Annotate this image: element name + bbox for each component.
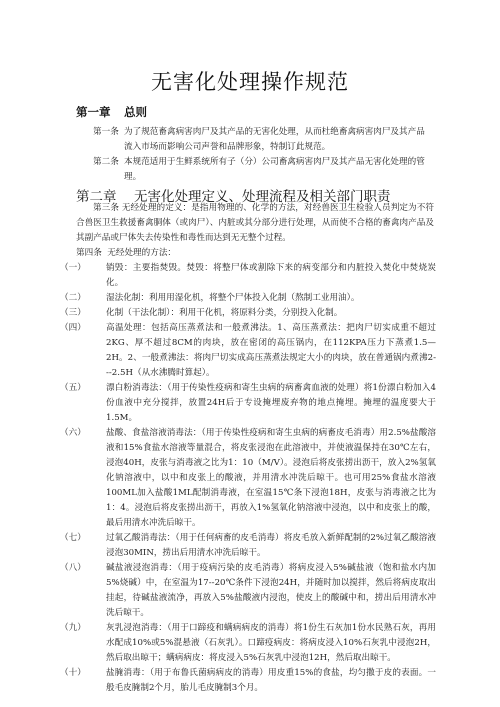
method-item-7: （七）过氧乙酸消毒法：（用于任何病畜的皮毛消毒）将皮毛放入新鲜配制的2%过氧乙酸… xyxy=(60,531,436,561)
method-list: （一）销毁：主要指焚毁。焚毁：将整尸体或割除下来的病变部分和内脏投入焚化中焚烧炭… xyxy=(60,261,436,696)
method-text: 盐腌消毒：（用于布鲁氏菌病病皮的消毒）用皮重15%的食盐，均匀撒于皮的表面。一般… xyxy=(106,666,436,696)
method-number: （六） xyxy=(60,426,94,441)
method-number: （九） xyxy=(60,621,94,636)
method-item-9: （九）灰乳浸泡消毒：（用于口蹄疫和螨病病皮的消毒）将1份生石灰加1份水民熟石灰，… xyxy=(60,621,436,666)
method-text: 盐酸、食盐溶液消毒法：（用于传染性疫病和寄生虫病的病畜皮毛消毒）用2.5%盐酸溶… xyxy=(106,426,436,531)
method-item-5: （五）漂白粉消毒法：（用于传染性疫病和寄生虫病的病畜禽血液的处理）将1份漂白粉加… xyxy=(60,381,436,426)
method-item-1: （一）销毁：主要指焚毁。焚毁：将整尸体或割除下来的病变部分和内脏投入焚化中焚烧炭… xyxy=(60,261,436,291)
method-item-3: （三）化制（干法化制）：利用干化机，将原料分类，分别投入化制。 xyxy=(60,306,436,321)
method-text: 灰乳浸泡消毒：（用于口蹄疫和螨病病皮的消毒）将1份生石灰加1份水民熟石灰，再用水… xyxy=(106,621,436,666)
method-number: （三） xyxy=(60,306,94,321)
article-4-text: 无经处理的方法： xyxy=(107,248,176,258)
method-text: 湿法化制：利用用湿化机，将整个尸体投入化制（熬制工业用油）。 xyxy=(106,291,436,306)
method-text: 销毁：主要指焚毁。焚毁：将整尸体或割除下来的病变部分和内脏投入焚化中焚烧炭化。 xyxy=(106,261,436,291)
method-number: （四） xyxy=(60,321,94,336)
method-text: 化制（干法化制）：利用干化机，将原料分类，分别投入化制。 xyxy=(106,306,436,321)
method-text: 漂白粉消毒法：（用于传染性疫病和寄生虫病的病畜禽血液的处理）将1份漂白粉加入4份… xyxy=(106,381,436,426)
method-item-2: （二）湿法化制：利用用湿化机，将整个尸体投入化制（熬制工业用油）。 xyxy=(60,291,436,306)
article-3: 第三条 无经处理的定义：是指用物理的、化学的方法，对经兽医卫生检验人员判定为不符… xyxy=(76,201,434,246)
article-2-text: 本规范适用于生鲜系统所有子（分）公司畜禽病害肉尸及其产品无害化处理的管理。 xyxy=(124,155,433,185)
article-4: 第四条 无经处理的方法： xyxy=(76,246,176,261)
method-number: （五） xyxy=(60,381,94,396)
chapter-1-label: 第一章 xyxy=(76,104,124,120)
chapter-1-title: 总则 xyxy=(124,105,147,119)
method-text: 高温处理：包括高压蒸煮法和一般煮沸法。1、高压蒸煮法：把肉尸切实成重不超过2KG… xyxy=(106,321,436,381)
method-number: （八） xyxy=(60,561,94,576)
chapter-1-heading: 第一章总则 xyxy=(76,104,147,120)
document-title: 无害化处理操作规范 xyxy=(0,66,500,96)
method-item-10: （十）盐腌消毒：（用于布鲁氏菌病病皮的消毒）用皮重15%的食盐，均匀撒于皮的表面… xyxy=(60,666,436,696)
method-text: 过氧乙酸消毒法：（用于任何病畜的皮毛消毒）将皮毛放入新鲜配制的2%过氧乙酸溶液浸… xyxy=(106,531,436,561)
article-1: 第一条 为了规范畜禽病害肉尸及其产品的无害化处理，从而杜绝畜禽病害肉尸及其产品流… xyxy=(93,125,433,155)
method-text: 碱盐液浸泡消毒：（用于疫病污染的皮毛消毒）将病皮浸入5%碱盐液（饱和盐水内加5%… xyxy=(106,561,436,621)
method-item-8: （八）碱盐液浸泡消毒：（用于疫病污染的皮毛消毒）将病皮浸入5%碱盐液（饱和盐水内… xyxy=(60,561,436,621)
article-2: 第二条 本规范适用于生鲜系统所有子（分）公司畜禽病害肉尸及其产品无害化处理的管理… xyxy=(93,155,433,185)
article-4-label: 第四条 xyxy=(76,248,102,258)
article-2-label: 第二条 xyxy=(93,155,119,170)
document-page: 无害化处理操作规范 第一章总则 第一条 为了规范畜禽病害肉尸及其产品的无害化处理… xyxy=(0,0,500,707)
method-item-4: （四）高温处理：包括高压蒸煮法和一般煮沸法。1、高压蒸煮法：把肉尸切实成重不超过… xyxy=(60,321,436,381)
method-number: （七） xyxy=(60,531,94,546)
method-item-6: （六）盐酸、食盐溶液消毒法：（用于传染性疫病和寄生虫病的病畜皮毛消毒）用2.5%… xyxy=(60,426,436,531)
method-number: （一） xyxy=(60,261,94,276)
method-number: （二） xyxy=(60,291,94,306)
method-number: （十） xyxy=(60,666,94,681)
article-1-text: 为了规范畜禽病害肉尸及其产品的无害化处理，从而杜绝畜禽病害肉尸及其产品流入市场而… xyxy=(124,125,433,155)
article-1-label: 第一条 xyxy=(93,125,119,140)
